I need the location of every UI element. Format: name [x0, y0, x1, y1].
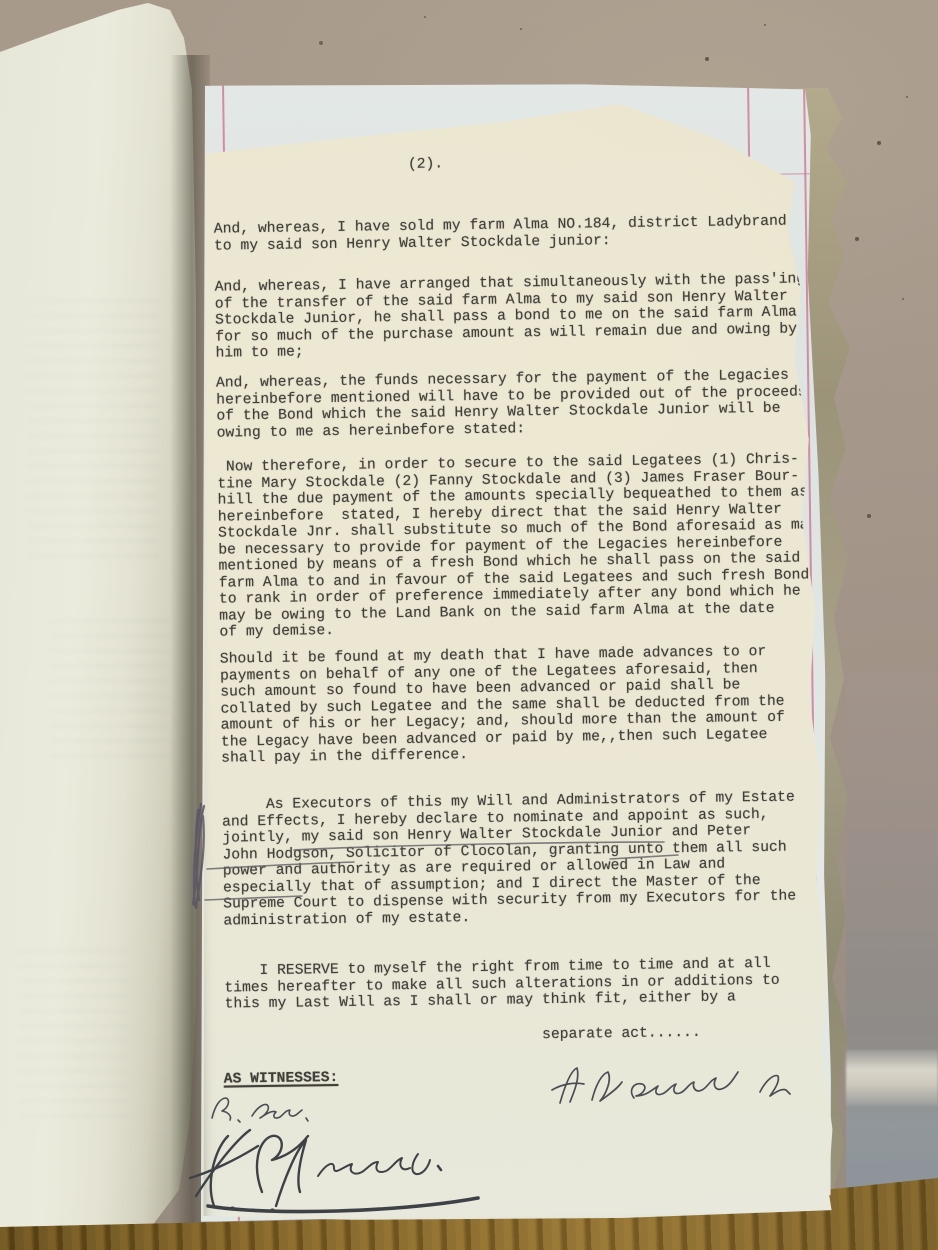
- will-paragraph-7-reserve: I RESERVE to myself the right from time …: [224, 956, 780, 1013]
- page-show-through: [28, 300, 158, 560]
- page-show-through: [18, 950, 128, 1130]
- witnesses-heading: AS WITNESSES:: [224, 1070, 339, 1088]
- will-paragraph-2: And, whereas, I have arranged that simul…: [215, 271, 807, 362]
- will-paragraph-3: And, whereas, the funds necessary for th…: [216, 367, 807, 441]
- closing-line: separate act......: [542, 1025, 701, 1044]
- photo-of-will-page: (2). And, whereas, I have sold my farm A…: [0, 0, 938, 1250]
- file-cover-edge: [846, 672, 938, 1188]
- will-paragraph-5: Should it be found at my death that I ha…: [220, 644, 786, 767]
- will-paragraph-6-executors: As Executors of this my Will and Adminis…: [222, 790, 797, 930]
- will-paragraph-1: And, whereas, I have sold my farm Alma N…: [214, 214, 796, 255]
- will-paragraph-4: Now therefore, in order to secure to the…: [217, 451, 819, 641]
- will-page-2: (2). And, whereas, I have sold my farm A…: [186, 89, 852, 1226]
- page-show-through: [50, 620, 170, 770]
- lace-band: [846, 1050, 938, 1106]
- dust-specks: [0, 0, 2, 2]
- page-number: (2).: [408, 156, 443, 173]
